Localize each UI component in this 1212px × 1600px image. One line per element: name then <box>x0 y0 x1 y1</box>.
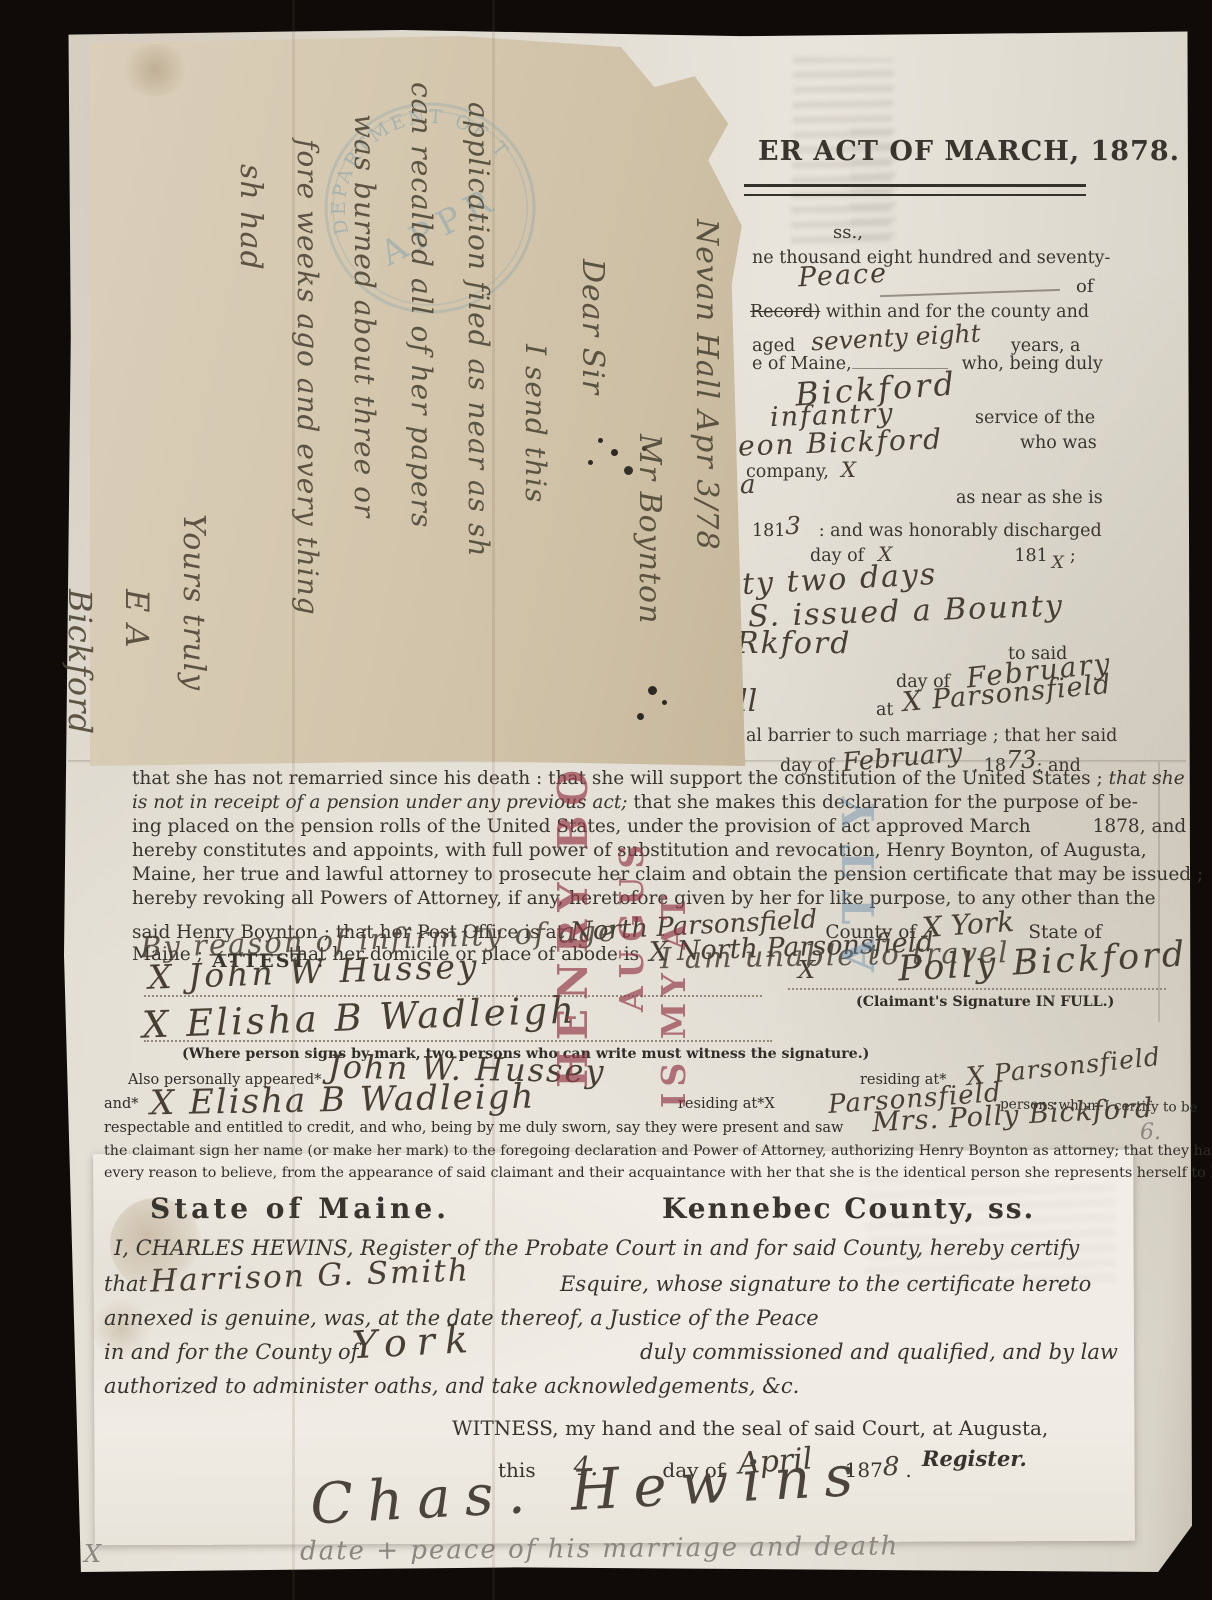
cert-line: duly commissioned and qualified, and by … <box>640 1340 1118 1364</box>
form-line-aged: agedseventy eightyears, a <box>752 328 1081 357</box>
hw-peace: Peace <box>797 258 889 294</box>
cert-line: Esquire, whose signature to the certific… <box>560 1272 1091 1296</box>
hw-a: a <box>740 470 756 500</box>
photograph-backdrop: ER ACT OF MARCH, 1878. ss., ne thousand … <box>0 0 1212 1600</box>
attorney-blue-stamp: ATTY <box>834 682 885 972</box>
letter-line: application filed as near as sh <box>450 102 507 744</box>
claimant-signature-caption: (Claimant's Signature IN FULL.) <box>856 994 1114 1010</box>
form-text: 1878, and <box>1093 816 1187 837</box>
signature-line <box>788 988 1166 990</box>
form-line-record: Record) within and for the county and <box>750 302 1089 322</box>
form-text: company, <box>746 462 829 482</box>
form-text-italic: that she <box>1109 768 1185 789</box>
letter-line: was burned about three or <box>336 114 393 744</box>
form-title: ER ACT OF MARCH, 1878. <box>758 136 1180 167</box>
form-text: . <box>905 1458 911 1482</box>
hw-rkford: Rkford <box>736 626 851 661</box>
letter-line: fore weeks ago and every thing <box>279 139 336 744</box>
form-line-asnear: as near as she is <box>956 488 1103 508</box>
also-appeared-line: respectable and entitled to credit, and … <box>104 1120 843 1136</box>
pencil-note-bottom: date + peace of his marriage and death <box>300 1531 899 1566</box>
form-text: 181 <box>752 521 785 541</box>
is-my-attorney-stamp: IS MY AT <box>654 764 693 1108</box>
letter-line: sh had <box>222 164 279 744</box>
title-rule <box>744 184 1086 196</box>
form-text: who, being duly <box>962 354 1103 374</box>
also-appeared-line: and* <box>104 1096 139 1112</box>
letter-line: Mr Boynton <box>621 434 678 744</box>
struck-word: Record) <box>750 302 820 322</box>
cert-line: in and for the County of <box>104 1340 358 1364</box>
also-appeared-line: the claimant sign her name (or make her … <box>104 1143 1212 1159</box>
hw-digit: 3 <box>785 512 800 540</box>
letter-line: Yours truly <box>165 514 222 744</box>
cert-state-heading: State of Maine. <box>150 1192 450 1225</box>
form-text: aged <box>752 336 795 356</box>
letter-line: Dear Sir <box>564 259 621 744</box>
letter-line: I send this <box>507 344 564 744</box>
hw-x-mark: X <box>841 458 856 482</box>
form-line-whowas: who was <box>1020 433 1097 453</box>
form-text: ; <box>1070 546 1076 566</box>
cert-county-heading: Kennebec County, ss. <box>662 1192 1035 1225</box>
cert-line: authorized to administer oaths, and take… <box>104 1374 799 1398</box>
hw-witness2-name: X Elisha B Wadleigh <box>150 1077 536 1124</box>
register-label: Register. <box>922 1446 1027 1471</box>
cert-witness-clause: WITNESS, my hand and the seal of said Co… <box>452 1416 1048 1440</box>
form-text: : and was honorably discharged <box>819 521 1102 541</box>
form-text: years, a <box>1011 336 1081 356</box>
form-line-1813: 1813: and was honorably discharged <box>752 514 1102 542</box>
hw-year-digit: 8 <box>883 1452 900 1482</box>
form-text: e of Maine, <box>752 354 852 374</box>
cert-line: that <box>104 1272 147 1296</box>
letter-line: E A Bickford <box>51 589 165 744</box>
pencil-mark: 6. <box>1140 1120 1161 1145</box>
hw-x-mark: X <box>1052 553 1064 573</box>
also-appeared-line: every reason to believe, from the appear… <box>104 1165 1212 1181</box>
fold-crease <box>1158 762 1160 1022</box>
letter-line: can recalled all of her papers <box>393 82 450 744</box>
letter-line: Nevan Hall Apr 3/78 <box>678 219 735 744</box>
form-line-service: service of the <box>975 408 1095 428</box>
claimant-x-mark: X <box>798 956 815 984</box>
form-text: 181 <box>1014 546 1047 566</box>
letter-handwriting: Nevan Hall Apr 3/78 Mr Boynton Dear Sir … <box>51 44 735 744</box>
cert-line: I, CHARLES HEWINS, Register of the Proba… <box>114 1236 1079 1260</box>
form-line-ss: ss., <box>833 222 863 243</box>
hw-county-name: York <box>351 1317 479 1368</box>
form-line-company: company,X <box>746 458 856 482</box>
pencil-x-mark: X <box>84 1540 101 1568</box>
form-line-of: of <box>1076 276 1094 297</box>
